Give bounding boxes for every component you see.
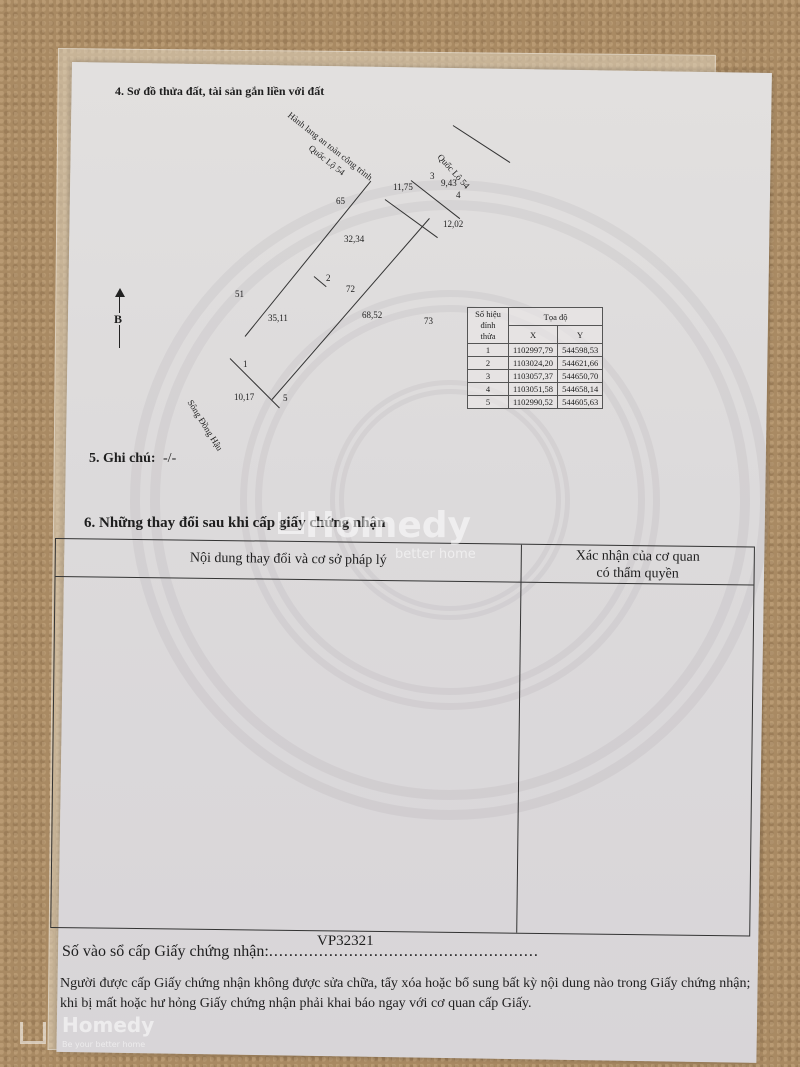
edge-length: 9,43 <box>441 178 457 188</box>
table-row: 5 1102990,52 544605,63 <box>468 396 603 409</box>
neighbor-parcel: 65 <box>336 196 345 206</box>
x-cell: 1102997,79 <box>509 344 558 357</box>
x-cell: 1102990,52 <box>509 396 558 409</box>
header-coords: Tọa độ <box>509 308 603 326</box>
coordinate-table: Số hiệu đỉnh thửa Tọa độ X Y 1 1102997,7… <box>467 307 603 409</box>
homedy-corner-house-icon <box>20 1022 46 1044</box>
point-cell: 2 <box>468 357 509 370</box>
north-arrowhead-icon <box>115 288 125 297</box>
edge-length: 10,17 <box>234 392 254 402</box>
homedy-house-icon <box>278 512 304 534</box>
header-point: Số hiệu đỉnh thửa <box>468 308 509 344</box>
edge-length: 68,52 <box>362 310 382 320</box>
x-cell: 1103057,37 <box>509 370 558 383</box>
neighbor-parcel: 51 <box>235 289 244 299</box>
header-y: Y <box>558 326 603 344</box>
x-cell: 1103024,20 <box>509 357 558 370</box>
watermark-brand: Homedy <box>305 505 471 546</box>
neighbor-parcel: 73 <box>424 316 433 326</box>
watermark-tagline-center: better home <box>395 547 476 562</box>
neighbor-parcel: 72 <box>346 284 355 294</box>
section4-title: 4. Sơ đồ thửa đất, tài sản gắn liền với … <box>115 84 324 99</box>
y-cell: 544598,53 <box>558 344 603 357</box>
vertex-label: 5 <box>283 393 288 403</box>
x-cell: 1103051,58 <box>509 383 558 396</box>
point-cell: 1 <box>468 344 509 357</box>
table-row: 2 1103024,20 544621,66 <box>468 357 603 370</box>
header-x: X <box>509 326 558 344</box>
table-row: 1 1102997,79 544598,53 <box>468 344 603 357</box>
y-cell: 544658,14 <box>558 383 603 396</box>
y-cell: 544605,63 <box>558 396 603 409</box>
authority-header-line2: có thẩm quyền <box>522 564 754 584</box>
edge-length: 11,75 <box>393 182 413 192</box>
changes-table: Nội dung thay đổi và cơ sở pháp lý Xác n… <box>50 538 755 937</box>
notice-text: Người được cấp Giấy chứng nhận không đượ… <box>60 974 760 1014</box>
watermark-corner-tagline: Be your better home <box>62 1040 145 1049</box>
edge-length: 35,11 <box>268 313 288 323</box>
registry-value: VP32321 <box>317 933 374 950</box>
authority-column-header: Xác nhận của cơ quan có thẩm quyền <box>522 547 754 584</box>
table-row: 3 1103057,37 544650,70 <box>468 370 603 383</box>
table-row: 4 1103051,58 544658,14 <box>468 383 603 396</box>
watermark-corner-brand: Homedy <box>62 1013 154 1037</box>
point-cell: 5 <box>468 396 509 409</box>
vertex-label: 4 <box>456 190 461 200</box>
section5-title: 5. Ghi chú: <box>89 451 156 466</box>
edge-length: 32,34 <box>344 234 364 244</box>
vertex-label: 3 <box>430 171 435 181</box>
section5-note: 5. Ghi chú: -/- <box>89 451 176 467</box>
point-cell: 3 <box>468 370 509 383</box>
y-cell: 544650,70 <box>558 370 603 383</box>
vertex-label: 1 <box>243 359 248 369</box>
point-cell: 4 <box>468 383 509 396</box>
column-divider <box>516 545 522 933</box>
vertex-label: 2 <box>326 273 331 283</box>
registry-dots: ........................................… <box>269 943 539 960</box>
section5-value: -/- <box>163 451 176 466</box>
edge-length: 12,02 <box>443 219 463 229</box>
registry-number: Số vào sổ cấp Giấy chứng nhận:..........… <box>62 943 539 961</box>
y-cell: 544621,66 <box>558 357 603 370</box>
registry-label: Số vào sổ cấp Giấy chứng nhận: <box>62 943 269 960</box>
north-label: B <box>114 313 122 325</box>
